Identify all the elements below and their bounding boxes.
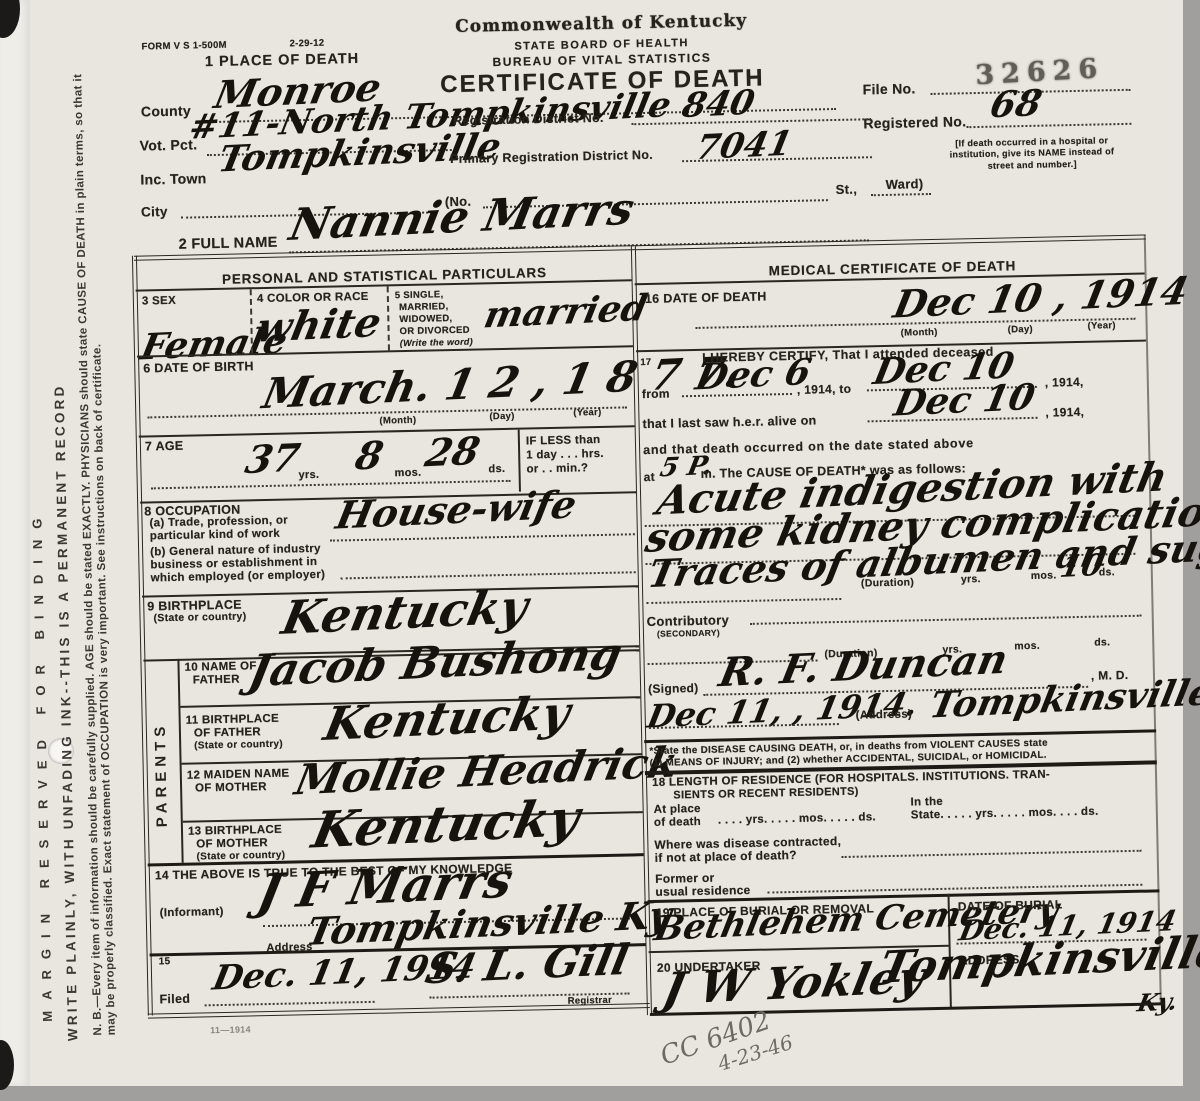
full-name-label: 2 FULL NAME <box>179 236 278 253</box>
father-birthplace-label-line2: OF FATHER <box>194 727 261 740</box>
date-of-death-label: 16 DATE OF DEATH <box>645 290 767 305</box>
marital-label-line1: 5 SINGLE, <box>395 290 444 301</box>
attended-from-label: from <box>642 388 670 401</box>
state-board-heading: STATE BOARD OF HEALTH <box>514 38 689 53</box>
occupation-a-line2: particular kind of work <box>150 529 280 543</box>
primary-registration-district-label: Primary Registration District No. <box>450 149 653 166</box>
file-no-label: File No. <box>862 81 915 96</box>
dotted-line <box>871 193 931 196</box>
dob-day-sublabel: (Day) <box>489 412 514 422</box>
divider <box>387 286 390 350</box>
mother-birthplace-label-line2: OF MOTHER <box>196 838 268 851</box>
attended-to-year: , 1914, <box>1045 376 1084 389</box>
form-revision: 2-29-12 <box>289 39 324 49</box>
father-birthplace-label-line1: 11 BIRTHPLACE <box>186 714 280 727</box>
mother-birthplace-value: Kentucky <box>308 793 584 856</box>
duration2-ds-label: ds. <box>1094 637 1110 648</box>
father-name-label-line2: FATHER <box>193 675 240 687</box>
filed-label: Filed <box>159 993 190 1006</box>
registered-no-value: 68 <box>987 85 1045 124</box>
dob-month-sublabel: (Month) <box>379 416 416 426</box>
item-15-number: 15 <box>159 957 171 967</box>
marital-value: married <box>481 290 650 334</box>
age-mos-label: mos. <box>394 468 421 480</box>
dotted-line <box>205 1001 375 1007</box>
color-or-race-value: white <box>253 303 384 349</box>
at-place-units: . . . . yrs. . . . . mos. . . . . ds. <box>718 812 876 827</box>
dob-year-sublabel: (Year) <box>573 408 601 418</box>
contributory-label: Contributory <box>647 613 730 628</box>
age-years-value: 37 <box>242 439 303 480</box>
primary-registration-district-value: 7041 <box>693 127 795 166</box>
duration-mos-label: mos. <box>1031 570 1057 581</box>
in-the-label: In the <box>910 797 943 809</box>
last-saw-statement: that I last saw h.e.r. alive on <box>642 414 816 430</box>
marital-label-line2: MARRIED, <box>399 302 449 313</box>
print-mark: 11—1914 <box>210 1025 251 1035</box>
mother-name-label-line2: OF MOTHER <box>195 782 267 795</box>
last-saw-date-value: Dec 10 <box>891 379 1038 422</box>
dod-month-sublabel: (Month) <box>901 328 938 338</box>
divider <box>518 430 521 492</box>
divider <box>177 659 183 863</box>
margin-nb-note: N. B.—Every item of information should b… <box>72 60 148 1036</box>
age-months-value: 8 <box>352 436 386 475</box>
city-ward-label: Ward) <box>885 177 923 191</box>
registrar-signature: S. L. Gill <box>422 939 632 991</box>
birthplace-value: Kentucky <box>278 583 532 641</box>
item-17-number: 17 <box>640 358 651 368</box>
last-saw-year: , 1914, <box>1045 406 1084 419</box>
occupation-value: House-wife <box>333 485 580 534</box>
marital-label-line5: (Write the word) <box>400 338 473 349</box>
dod-day-sublabel: (Day) <box>1008 325 1033 335</box>
dotted-line <box>842 850 1142 858</box>
father-birthplace-value: Kentucky <box>320 689 574 747</box>
state-units: State. . . . . yrs. . . . . mos. . . . d… <box>911 807 1099 822</box>
residence-label-line2: SIENTS OR RECENT RESIDENTS) <box>673 787 859 802</box>
dotted-line <box>341 571 636 579</box>
city-label: City <box>141 205 168 219</box>
dod-year-sublabel: (Year) <box>1088 321 1116 331</box>
informant-label: (Informant) <box>160 907 224 920</box>
city-st-label: St., <box>836 183 858 196</box>
marital-label-line3: WIDOWED, <box>399 314 452 325</box>
dotted-line <box>646 598 841 604</box>
marital-label-line4: OR DIVORCED <box>399 326 470 337</box>
if-less-line2: 1 day . . . hrs. <box>526 449 604 462</box>
parents-label: PARENTS <box>151 697 171 827</box>
former-residence-label-line2: usual residence <box>655 884 750 898</box>
commonwealth-heading: Commonwealth of Kentucky <box>455 13 747 36</box>
registration-district-label: Registration District No. <box>453 112 604 128</box>
at-place-label-line1: At place <box>654 804 701 816</box>
age-label: 7 AGE <box>145 440 184 453</box>
county-label: County <box>141 103 191 118</box>
age-ds-label: ds. <box>488 464 505 475</box>
signed-label: (Signed) <box>648 682 699 695</box>
father-birthplace-label-line3: (State or country) <box>194 740 283 752</box>
date-of-birth-label: 6 DATE OF BIRTH <box>143 360 254 375</box>
father-name-label-line1: 10 NAME OF <box>184 661 256 674</box>
inc-town-label: Inc. Town <box>140 171 206 186</box>
at-label: at <box>644 471 656 483</box>
attended-from-year: , 1914, to <box>797 383 852 396</box>
age-days-value: 28 <box>422 432 483 473</box>
duration-ds-label: ds. <box>1099 567 1115 578</box>
birthplace-sublabel: (State or country) <box>153 611 246 623</box>
dotted-line <box>750 615 1142 625</box>
signed-address-label: (Address) <box>856 710 913 723</box>
certificate-sheet: MARGIN RESERVED FOR BINDING WRITE PLAINL… <box>0 0 1200 1098</box>
age-yrs-label: yrs. <box>298 470 319 481</box>
duration-yrs-label: yrs. <box>961 574 981 585</box>
registered-no-label: Registered No. <box>863 114 966 130</box>
undertaker-address-value: Tompkinsville <box>876 930 1200 990</box>
date-of-birth-value: March. 1 2 , 1 8 7 7. <box>259 351 744 416</box>
if-less-line3: or . . min.? <box>526 463 588 476</box>
mother-name-label-line1: 12 MAIDEN NAME <box>187 769 290 783</box>
duration2-mos-label: mos. <box>1014 641 1040 652</box>
form-code: FORM V S 1-500M <box>141 41 226 52</box>
at-place-label-line2: of death <box>654 817 701 829</box>
full-name-value: Nannie Marrs <box>286 188 638 248</box>
secondary-sublabel: (SECONDARY) <box>657 629 720 639</box>
sex-label: 3 SEX <box>142 296 176 308</box>
registration-district-value: 840 <box>679 86 757 123</box>
if-less-line1: IF LESS than <box>526 435 601 448</box>
duration-label: (Duration) <box>861 577 914 589</box>
hospital-note: [If death occurred in a hospital or inst… <box>947 135 1118 172</box>
scanned-death-certificate: MARGIN RESERVED FOR BINDING WRITE PLAINL… <box>0 0 1200 1101</box>
occupation-b-line3: which employed (or employer) <box>151 570 326 585</box>
contracted-label-line2: if not at place of death? <box>655 849 797 864</box>
